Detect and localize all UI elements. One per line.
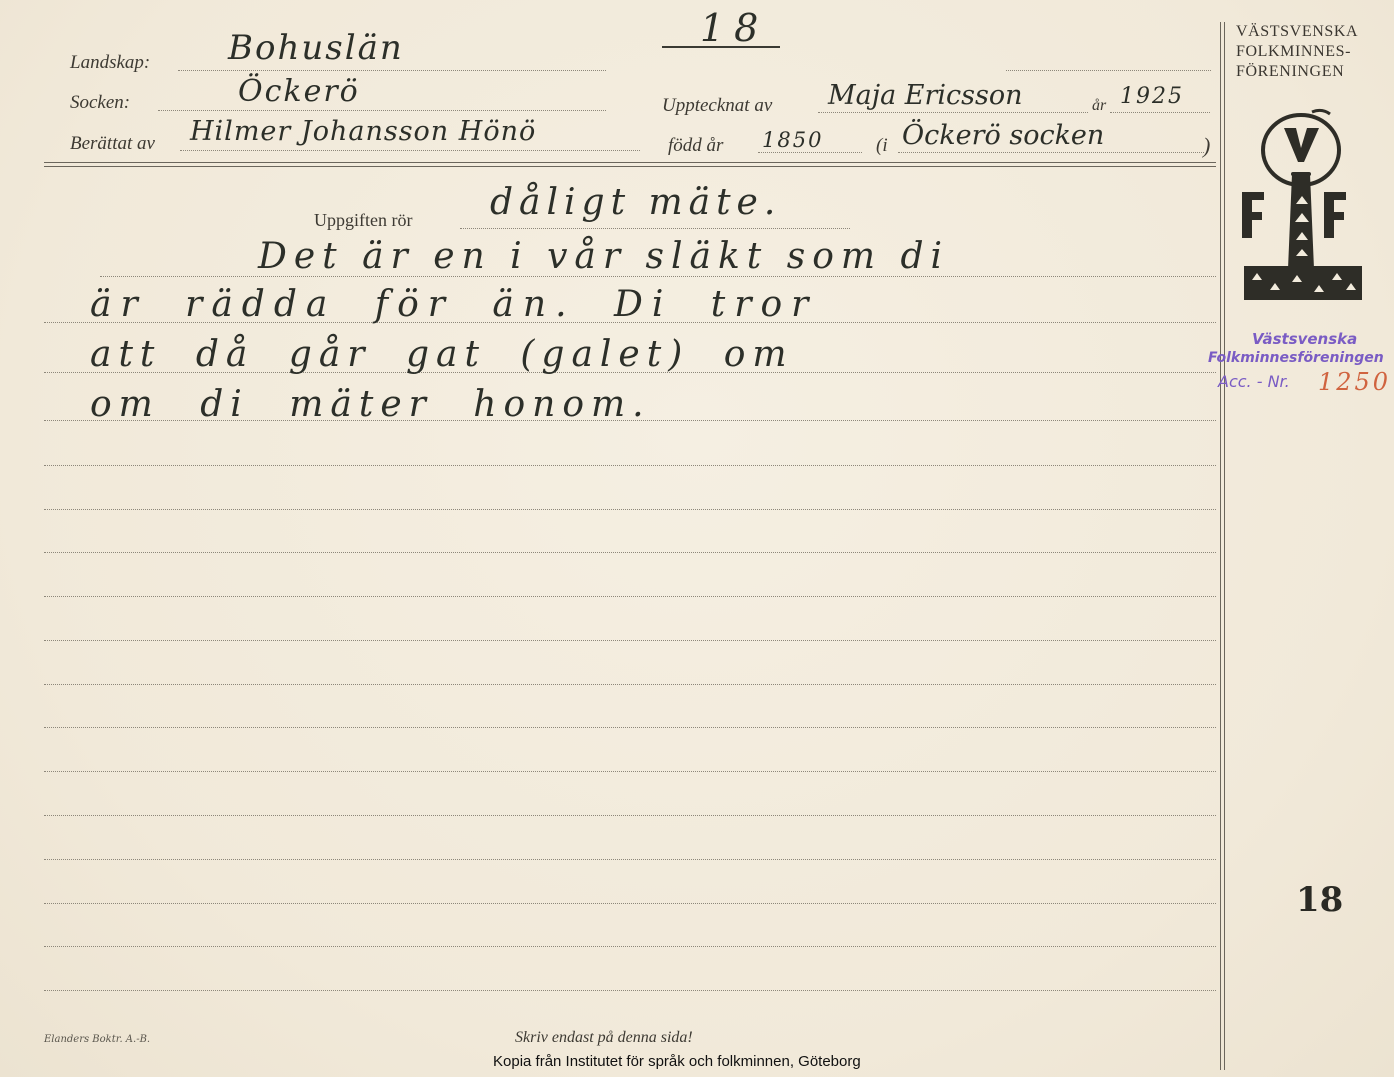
value-upptecknat-av[interactable]: Maja Ericsson <box>828 80 1023 111</box>
body-line-4[interactable]: om di mäter honom. <box>90 384 651 425</box>
ar-line <box>1110 112 1210 113</box>
header-rule-bottom <box>44 166 1216 167</box>
value-berattat-av[interactable]: Hilmer Johansson Hönö <box>190 116 536 147</box>
org-name-line-2: FOLKMINNES- <box>1236 42 1386 62</box>
writing-line-8 <box>44 596 1216 597</box>
value-subject[interactable]: dåligt mäte. <box>490 182 781 223</box>
upptecknat-av-line <box>818 112 1088 113</box>
label-berattat-av: Berättat av <box>70 133 155 155</box>
org-name-line-1: VÄSTSVENSKA <box>1236 22 1386 42</box>
writing-line-13 <box>44 815 1216 816</box>
writing-line-9 <box>44 640 1216 641</box>
body-line-3[interactable]: att då går gat (galet) om <box>90 334 794 375</box>
closing-paren: ) <box>1203 133 1210 159</box>
landskap-line <box>178 70 606 71</box>
writing-line-6 <box>44 509 1216 510</box>
writing-line-10 <box>44 684 1216 685</box>
copy-notice: Kopia från Institutet för språk och folk… <box>493 1053 861 1070</box>
subject-line <box>460 228 850 229</box>
value-i-socken[interactable]: Öckerö socken <box>902 120 1104 151</box>
handwritten-card-number: 18 <box>700 6 768 50</box>
stamp-line-2: Folkminnesföreningen <box>1208 350 1384 366</box>
writing-line-11 <box>44 727 1216 728</box>
label-fodd-ar: född år <box>668 135 723 157</box>
writing-line-15 <box>44 903 1216 904</box>
stamp-line-1: Västsvenska <box>1252 330 1357 348</box>
socken-line <box>158 110 606 111</box>
stamp-acc-number: 1250 <box>1318 368 1391 396</box>
writing-line-14 <box>44 859 1216 860</box>
body-line-2[interactable]: är rädda för än. Di tror <box>90 284 817 325</box>
instruction-text: Skriv endast på denna sida! <box>515 1029 693 1047</box>
value-socken[interactable]: Öckerö <box>238 74 360 109</box>
writing-line-12 <box>44 771 1216 772</box>
value-landskap[interactable]: Bohuslän <box>228 28 404 68</box>
sidebar-divider-left <box>1220 22 1221 1070</box>
fodd-ar-line <box>758 152 862 153</box>
org-name-line-3: FÖRENINGEN <box>1236 62 1386 82</box>
value-ar[interactable]: 1925 <box>1120 84 1184 109</box>
org-name: VÄSTSVENSKA FOLKMINNES- FÖRENINGEN <box>1236 22 1386 82</box>
writing-line-16 <box>44 946 1216 947</box>
label-upptecknat-av: Upptecknat av <box>662 95 772 117</box>
value-fodd-ar[interactable]: 1850 <box>762 128 823 152</box>
label-i-socken: (i <box>876 135 888 157</box>
record-card: 18 Landskap: Bohuslän Socken: Öckerö Ber… <box>0 0 1394 1077</box>
label-landskap: Landskap: <box>70 52 150 74</box>
printer-credit: Elanders Boktr. A.-B. <box>44 1034 150 1045</box>
hammer-amulet-logo-icon <box>1234 104 1368 304</box>
blank-top-right-line <box>1006 70 1211 71</box>
writing-line-5 <box>44 465 1216 466</box>
printed-card-number: 18 <box>1296 880 1343 920</box>
sidebar-divider-right <box>1224 22 1225 1070</box>
stamp-acc-label: Acc. - Nr. <box>1218 372 1290 391</box>
i-socken-line <box>898 152 1204 153</box>
label-socken: Socken: <box>70 92 130 114</box>
label-uppgiften-ror: Uppgiften rör <box>314 210 412 231</box>
writing-line-7 <box>44 552 1216 553</box>
berattat-av-line <box>180 150 640 151</box>
label-ar: år <box>1092 97 1106 115</box>
writing-line-17 <box>44 990 1216 991</box>
body-line-1[interactable]: Det är en i vår släkt som di <box>258 236 949 277</box>
header-rule-top <box>44 162 1216 163</box>
card-number-underline <box>662 46 780 48</box>
